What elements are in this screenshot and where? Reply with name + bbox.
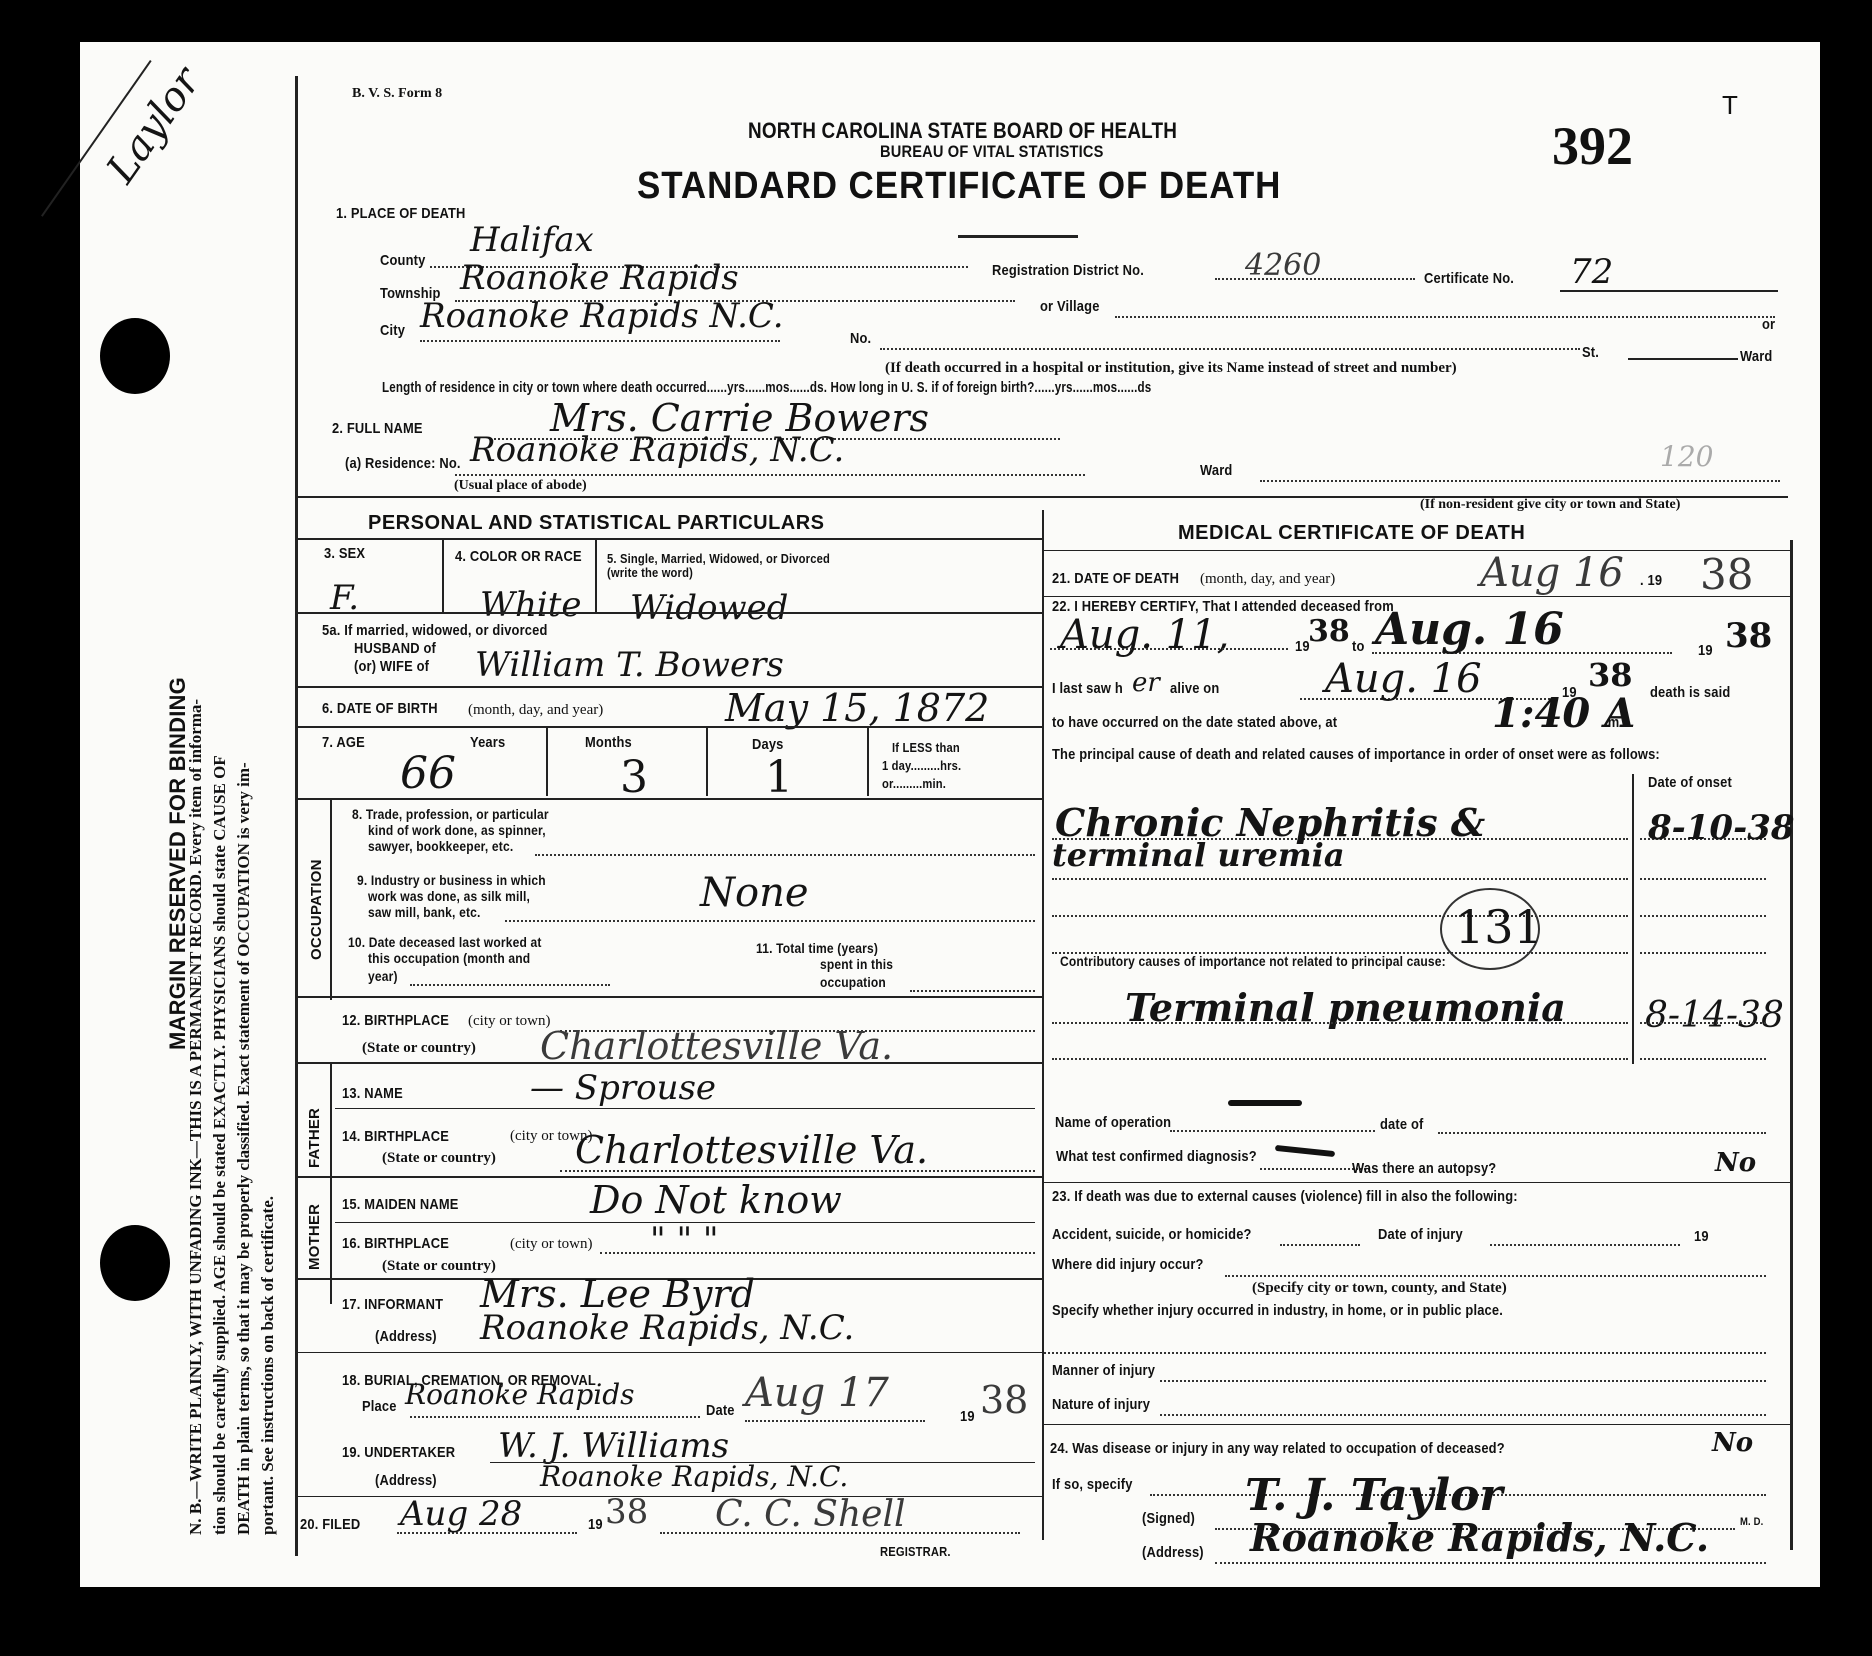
birthplace-label: 12. BIRTHPLACE xyxy=(342,1012,449,1029)
village-field[interactable] xyxy=(1115,316,1775,318)
attended-from-year: 38 xyxy=(1308,614,1350,649)
father-birthplace-value: Charlottesville Va. xyxy=(575,1128,928,1172)
race-label: 4. COLOR OR RACE xyxy=(455,548,582,565)
nature-injury-field[interactable] xyxy=(1160,1414,1766,1416)
race-divider xyxy=(595,540,597,612)
injury-specify-field[interactable] xyxy=(1044,1352,1766,1354)
registrar-value: C. C. Shell xyxy=(715,1494,905,1535)
trade-label-2: kind of work done, as spinner, xyxy=(368,822,546,838)
informant-label: 17. INFORMANT xyxy=(342,1296,443,1313)
filed-year: 38 xyxy=(605,1492,648,1532)
physician-address-label: (Address) xyxy=(1142,1544,1204,1561)
date-of-death-year: 38 xyxy=(1700,550,1753,599)
principal-onset-1: 8-10-38 xyxy=(1648,808,1795,848)
if-so-label: If so, specify xyxy=(1052,1476,1133,1493)
marital-value: Widowed xyxy=(630,588,788,628)
title-underline xyxy=(958,235,1078,238)
last-worked-label-3: year) xyxy=(368,968,398,984)
injury-date-label: Date of injury xyxy=(1378,1226,1463,1243)
row-3-top xyxy=(298,538,1042,540)
city-value: Roanoke Rapids N.C. xyxy=(420,296,784,336)
burial-place-field[interactable] xyxy=(410,1416,700,1418)
father-birthplace-state-hint: (State or country) xyxy=(382,1150,496,1167)
onset-line-2[interactable] xyxy=(1640,878,1766,880)
manner-injury-label: Manner of injury xyxy=(1052,1362,1155,1379)
county-value: Halifax xyxy=(470,220,594,260)
death-certificate xyxy=(80,42,1820,1587)
burial-place-value: Roanoke Rapids xyxy=(405,1378,635,1411)
total-time-field[interactable] xyxy=(910,990,1035,992)
industry-label-3: saw mill, bank, etc. xyxy=(368,904,481,920)
dob-hint: (month, day, and year) xyxy=(468,702,603,719)
informant-address-value: Roanoke Rapids, N.C. xyxy=(480,1308,854,1348)
classification-code: 131 xyxy=(1455,900,1543,954)
residence-value: Roanoke Rapids, N.C. xyxy=(470,430,844,470)
undertaker-address-value: Roanoke Rapids, N.C. xyxy=(540,1460,848,1493)
burial-year: 38 xyxy=(980,1378,1028,1422)
attended-to-value: Aug. 16 xyxy=(1375,604,1564,655)
total-time-label-1: 11. Total time (years) xyxy=(756,940,878,956)
occupational-value: No xyxy=(1712,1428,1753,1458)
filed-label: 20. FILED xyxy=(300,1516,360,1533)
residence-field[interactable] xyxy=(455,474,1085,476)
years-divider xyxy=(546,726,548,796)
residence-ward-label: Ward xyxy=(1200,462,1232,479)
last-saw-pronoun: er xyxy=(1132,668,1160,698)
trade-label-1: 8. Trade, profession, or particular xyxy=(352,806,549,822)
row-23-top xyxy=(1044,1182,1790,1183)
onset-line-4[interactable] xyxy=(1640,952,1766,954)
row-24-top xyxy=(1044,1424,1790,1425)
external-causes-label: 23. If death was due to external causes … xyxy=(1052,1188,1518,1205)
race-value: White xyxy=(480,585,582,625)
registrar-label: REGISTRAR. xyxy=(880,1544,951,1559)
full-name-label: 2. FULL NAME xyxy=(332,420,423,437)
burial-date-label: Date xyxy=(706,1402,735,1419)
attended-from-field[interactable] xyxy=(1050,648,1288,650)
injury-year-label: 19 xyxy=(1694,1228,1709,1245)
row-8-top xyxy=(298,798,1042,800)
sex-label: 3. SEX xyxy=(324,545,365,562)
bureau-title: BUREAU OF VITAL STATISTICS xyxy=(880,142,1104,162)
mother-birthplace-value: " " " xyxy=(650,1220,719,1260)
non-resident-hint: (If non-resident give city or town and S… xyxy=(1420,497,1680,513)
informant-address-label: (Address) xyxy=(375,1328,437,1345)
father-birthplace-label: 14. BIRTHPLACE xyxy=(342,1128,449,1145)
last-saw-year: 38 xyxy=(1588,656,1633,694)
nature-injury-label: Nature of injury xyxy=(1052,1396,1150,1413)
industry-label-2: work was done, as silk mill, xyxy=(368,888,530,904)
age-label: 7. AGE xyxy=(322,734,365,751)
residence-label: (a) Residence: No. xyxy=(345,455,461,472)
principal-cause-2: terminal uremia xyxy=(1052,836,1345,874)
autopsy-value: No xyxy=(1715,1148,1756,1178)
father-name-label: 13. NAME xyxy=(342,1085,403,1102)
corner-mark: T xyxy=(1722,90,1738,121)
section-divider xyxy=(298,496,1788,498)
residence-ward-field[interactable] xyxy=(1260,480,1780,482)
onset-line-5[interactable] xyxy=(1640,1022,1766,1024)
township-value: Roanoke Rapids xyxy=(460,258,739,298)
spouse-label-2: HUSBAND of xyxy=(354,640,436,657)
onset-line-6[interactable] xyxy=(1640,1058,1766,1060)
occupation-side-label: OCCUPATION xyxy=(308,859,325,960)
days-label: Days xyxy=(752,736,784,753)
cause-line-6[interactable] xyxy=(1052,1058,1628,1060)
physician-signature: T. J. Taylor xyxy=(1245,1470,1503,1521)
street-field[interactable] xyxy=(880,348,1580,350)
physician-address-field[interactable] xyxy=(1215,1562,1766,1564)
last-saw-label: I last saw h xyxy=(1052,680,1123,697)
burial-date-field[interactable] xyxy=(745,1420,925,1422)
punch-hole-bottom xyxy=(100,1225,170,1301)
dob-value: May 15, 1872 xyxy=(725,686,989,730)
personal-section-title: PERSONAL AND STATISTICAL PARTICULARS xyxy=(368,512,825,535)
age-days: 1 xyxy=(765,752,793,803)
undertaker-label: 19. UNDERTAKER xyxy=(342,1444,455,1461)
contributory-onset-1: 8-14-38 xyxy=(1645,995,1784,1036)
page-title: STANDARD CERTIFICATE OF DEATH xyxy=(637,165,1281,208)
row-13-top xyxy=(298,1062,1042,1064)
accident-label: Accident, suicide, or homicide? xyxy=(1052,1226,1252,1243)
row-5a-top xyxy=(298,612,1042,614)
dob-label: 6. DATE OF BIRTH xyxy=(322,700,438,717)
onset-column-divider xyxy=(1632,774,1634,1064)
spouse-label-3: (or) WIFE of xyxy=(354,658,429,675)
undertaker-address-label: (Address) xyxy=(375,1472,437,1489)
mother-birthplace-label: 16. BIRTHPLACE xyxy=(342,1235,449,1252)
usual-abode-hint: (Usual place of abode) xyxy=(454,478,587,494)
ward-field[interactable] xyxy=(1628,358,1738,360)
date-of-death-hint: (month, day, and year) xyxy=(1200,571,1335,588)
mother-side-label: MOTHER xyxy=(306,1204,323,1270)
md-label: M. D. xyxy=(1740,1516,1763,1528)
punch-hole-top xyxy=(100,318,170,394)
cause-line-2[interactable] xyxy=(1052,878,1628,880)
manner-injury-field[interactable] xyxy=(1160,1380,1766,1382)
date-of-onset-label: Date of onset xyxy=(1648,774,1732,791)
test-confirmed-label: What test confirmed diagnosis? xyxy=(1056,1148,1257,1165)
village-label: or Village xyxy=(1040,298,1100,315)
time-suffix: .m. xyxy=(1604,714,1623,731)
operation-label: Name of operation xyxy=(1055,1114,1171,1131)
filed-year-prefix: 19 xyxy=(588,1516,603,1533)
father-side-label: FATHER xyxy=(306,1108,323,1168)
spouse-label-1: 5a. If married, widowed, or divorced xyxy=(322,622,548,639)
contributory-label: Contributory causes of importance not re… xyxy=(1060,952,1542,970)
death-said-label: death is said xyxy=(1650,684,1730,701)
operation-date-field[interactable] xyxy=(1438,1132,1766,1134)
or-label: or xyxy=(1762,316,1775,333)
medical-section-title: MEDICAL CERTIFICATE OF DEATH xyxy=(1178,522,1525,545)
date-of-death-label: 21. DATE OF DEATH xyxy=(1052,570,1179,587)
years-label: Years xyxy=(470,734,505,751)
birthplace-city-hint: (city or town) xyxy=(468,1013,550,1030)
form-id: B. V. S. Form 8 xyxy=(352,86,442,102)
principal-cause-label: The principal cause of death and related… xyxy=(1052,744,1792,766)
row-22-top xyxy=(1044,596,1790,597)
attended-to-year-prefix: 19 xyxy=(1698,642,1713,659)
city-field[interactable] xyxy=(420,340,780,342)
burial-year-prefix: 19 xyxy=(960,1408,975,1425)
birthplace-state-hint: (State or country) xyxy=(362,1040,476,1057)
attended-to-year: 38 xyxy=(1725,616,1772,656)
trade-field[interactable] xyxy=(535,854,1035,856)
less-than-label-3: or.........min. xyxy=(882,776,946,791)
last-worked-field[interactable] xyxy=(410,984,610,986)
mother-maiden-value: Do Not know xyxy=(590,1178,842,1222)
city-label: City xyxy=(380,322,405,339)
operation-date-label: date of xyxy=(1380,1116,1423,1133)
accident-field[interactable] xyxy=(1280,1244,1360,1246)
sex-divider xyxy=(442,540,444,612)
margin-instruction-4: portant. See instructions on back of cer… xyxy=(258,1196,278,1535)
right-border xyxy=(1790,540,1793,1550)
agency-title: NORTH CAROLINA STATE BOARD OF HEALTH xyxy=(748,118,1177,144)
county-label: County xyxy=(380,252,425,269)
registration-district-label: Registration District No. xyxy=(992,262,1144,279)
father-name-field[interactable] xyxy=(335,1108,1035,1109)
months-divider xyxy=(706,726,708,796)
mother-birthplace-state-hint: (State or country) xyxy=(382,1258,496,1275)
industry-field[interactable] xyxy=(505,920,1035,922)
st-label: St. xyxy=(1582,344,1599,361)
spouse-value: William T. Bowers xyxy=(475,645,784,685)
total-time-label-2: spent in this xyxy=(820,956,893,972)
mother-maiden-label: 15. MAIDEN NAME xyxy=(342,1196,459,1213)
last-worked-label-2: this occupation (month and xyxy=(368,950,530,966)
burial-place-label: Place xyxy=(362,1398,397,1415)
no-label: No. xyxy=(850,330,871,347)
stamp-number: 392 xyxy=(1552,115,1633,177)
filed-date-value: Aug 28 xyxy=(400,1494,522,1534)
age-months: 3 xyxy=(620,752,648,803)
less-than-label-1: If LESS than xyxy=(892,740,960,755)
margin-border xyxy=(295,76,298,1556)
column-divider xyxy=(1042,510,1044,1540)
date-of-death-value: Aug 16 xyxy=(1480,550,1624,596)
ward-label: Ward xyxy=(1740,348,1772,365)
burial-date-value: Aug 17 xyxy=(745,1370,889,1416)
mother-birthplace-city-hint: (city or town) xyxy=(510,1236,592,1253)
cause-line-5[interactable] xyxy=(1052,1022,1628,1024)
less-than-label-2: 1 day.........hrs. xyxy=(882,758,961,773)
signed-label: (Signed) xyxy=(1142,1510,1195,1527)
occurred-at-label: to have occurred on the date stated abov… xyxy=(1052,714,1337,731)
onset-line-3[interactable] xyxy=(1640,915,1766,917)
days-divider xyxy=(867,726,869,796)
faint-number: 120 xyxy=(1660,440,1713,473)
margin-instruction-2: tion should be carefully supplied. AGE s… xyxy=(210,755,230,1535)
father-side-divider xyxy=(330,1064,332,1304)
industry-value: None xyxy=(700,870,809,916)
certificate-label: Certificate No. xyxy=(1424,270,1514,287)
marital-label: 5. Single, Married, Widowed, or Divorced… xyxy=(607,552,856,580)
row-7-top xyxy=(298,726,1042,728)
where-injury-label: Where did injury occur? xyxy=(1052,1256,1204,1273)
physician-address-value: Roanoke Rapids, N.C. xyxy=(1250,1515,1709,1560)
medical-title-rule xyxy=(1044,550,1790,551)
last-saw-date-value: Aug. 16 xyxy=(1325,656,1482,702)
father-name-value: — Sprouse xyxy=(530,1068,716,1108)
injury-specify-label: Specify whether injury occurred in indus… xyxy=(1052,1302,1503,1319)
to-label: to xyxy=(1352,638,1365,655)
residence-length-label: Length of residence in city or town wher… xyxy=(382,380,1151,396)
age-years: 66 xyxy=(400,748,456,799)
operation-field[interactable] xyxy=(1170,1130,1375,1132)
industry-label-1: 9. Industry or business in which xyxy=(357,872,546,888)
autopsy-label: Was there an autopsy? xyxy=(1352,1160,1496,1177)
registration-district-value: 4260 xyxy=(1245,248,1321,283)
hospital-note: (If death occurred in a hospital or inst… xyxy=(885,360,1457,377)
margin-instruction-1: N. B.—WRITE PLAINLY, WITH UNFADING INK—T… xyxy=(186,699,206,1535)
certificate-value: 72 xyxy=(1570,252,1613,292)
occupation-side-divider xyxy=(330,800,332,1000)
injury-date-field[interactable] xyxy=(1490,1244,1680,1246)
where-injury-hint: (Specify city or town, county, and State… xyxy=(1252,1280,1507,1297)
trade-label-3: sawyer, bookkeeper, etc. xyxy=(368,838,513,854)
last-worked-label-1: 10. Date deceased last worked at xyxy=(348,934,542,950)
dash-mark xyxy=(1228,1100,1302,1106)
occupational-label: 24. Was disease or injury in any way rel… xyxy=(1050,1440,1505,1457)
row-12-top xyxy=(298,996,1042,998)
total-time-label-3: occupation xyxy=(820,974,886,990)
date-of-death-year-prefix: . 19 xyxy=(1640,572,1662,589)
attended-from-value: Aug. 11, xyxy=(1060,612,1229,658)
row-18-top xyxy=(298,1352,1042,1353)
alive-on-label: alive on xyxy=(1170,680,1219,697)
place-of-death-label: 1. PLACE OF DEATH xyxy=(336,205,466,222)
margin-instruction-3: DEATH in plain terms, so that it may be … xyxy=(234,762,254,1535)
where-injury-field[interactable] xyxy=(1225,1275,1766,1277)
months-label: Months xyxy=(585,734,632,751)
